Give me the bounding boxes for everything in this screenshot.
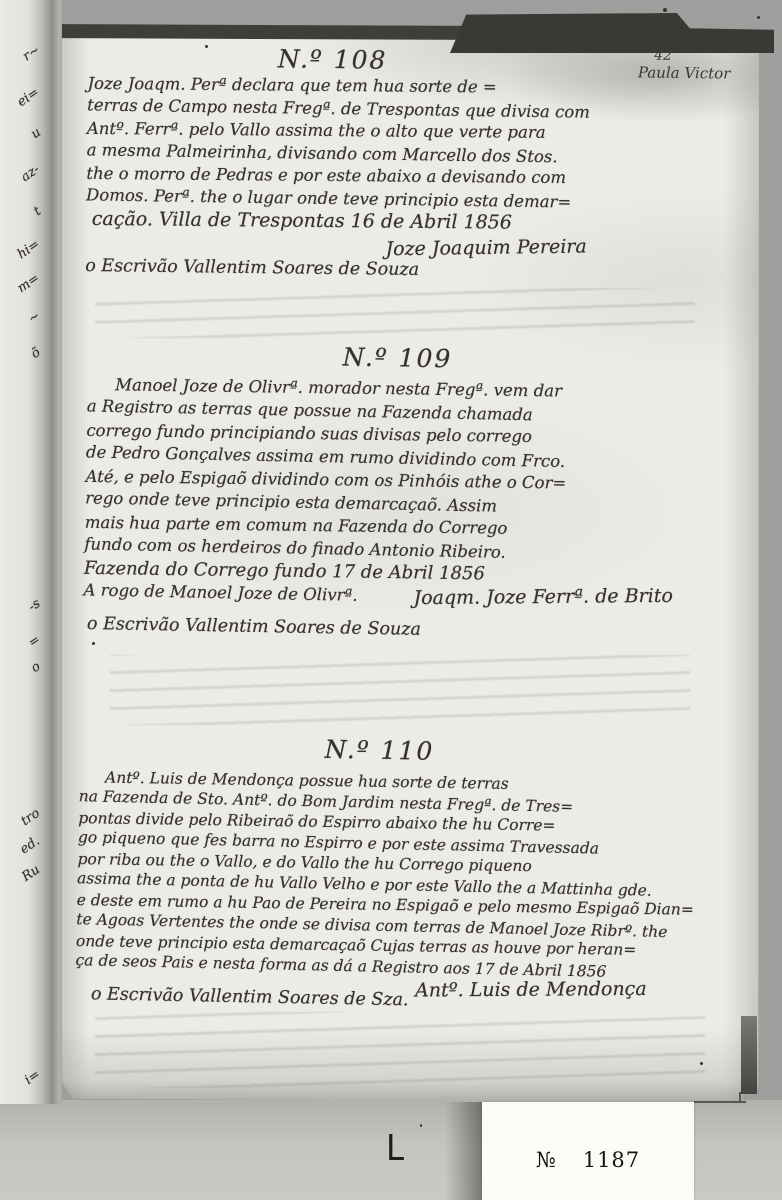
clerk-signature-line: o Escrivão Vallentim Soares de Souza (85, 256, 419, 280)
entry-number-heading: N.º 109 (342, 342, 452, 373)
page-corner-edge (739, 1092, 741, 1103)
entry-body: Joze Joaqm. Perª declara que tem hua sor… (86, 72, 591, 236)
facing-page-text-fragment: tro (18, 806, 42, 829)
handwritten-line: cação. Villa de Trespontas 16 de Abril 1… (92, 208, 589, 235)
dust-speck (757, 16, 760, 19)
ink-bleedthrough (95, 1012, 705, 1088)
dust-speck (420, 1124, 422, 1127)
facing-page-text-fragment: ~ (26, 308, 43, 327)
declarant-signature: Antº. Luis de Mendonça (415, 978, 647, 1002)
entry-number-heading: N.º 108 (278, 44, 388, 74)
facing-page-text-fragment: ei= (15, 85, 42, 110)
facing-page-text-fragment: = (26, 632, 43, 651)
dust-speck (663, 8, 667, 12)
facing-page-text-fragment: Ru (19, 862, 42, 885)
annotation-text: Paula Victor (638, 63, 731, 82)
ink-bleedthrough (110, 655, 690, 725)
page-top-shadow-band (62, 24, 474, 40)
dust-speck (92, 642, 95, 645)
scanned-page-photo: r~ei=uaz-thi=m=~õ-s=otroed.Rui= N.º 108 … (0, 0, 782, 1200)
facing-page-text-fragment: -s (26, 596, 44, 615)
margin-annotation: 42 Paula Victor (638, 47, 731, 82)
entry-body: Manoel Joze de Olivrª. morador nesta Fre… (83, 372, 568, 610)
facing-page-text-fragment: az- (18, 162, 42, 185)
facing-page-text-fragment: t (31, 204, 44, 219)
facing-page-text-fragment: õ (29, 345, 44, 362)
dark-edge-strip (741, 1016, 757, 1094)
label-text: №1187 (482, 1148, 694, 1172)
numero-symbol: № (536, 1148, 557, 1172)
corner-registration-mark: L (386, 1128, 404, 1169)
entry-number-heading: N.º 110 (324, 735, 434, 766)
facing-page-text-fragment: u (28, 125, 43, 142)
facing-page-text-fragment: o (29, 659, 44, 676)
page-number-annotation: 42 (654, 48, 731, 65)
archival-number-label: №1187 (482, 1102, 694, 1200)
dust-speck (205, 45, 208, 48)
facing-page-text-fragment: m= (15, 271, 43, 296)
facing-page-text-fragment: hi= (14, 237, 42, 263)
facing-page-text-fragment: ed. (17, 834, 42, 858)
facing-page-text-fragment: r~ (20, 42, 43, 64)
facing-page-text-fragment: i= (22, 1067, 43, 1088)
entry-body: Antº. Luis de Mendonça possue hua sorte … (75, 766, 696, 983)
witness-signature: Joaqm. Joze Ferrª. de Brito (413, 585, 672, 609)
dust-speck (700, 1062, 703, 1065)
book-gutter: r~ei=uaz-thi=m=~õ-s=otroed.Rui= (0, 0, 62, 1104)
declarant-signature: Joze Joaquim Pereira (385, 235, 587, 260)
ink-bleedthrough (95, 288, 695, 338)
label-shadow (445, 1102, 482, 1200)
label-number: 1187 (583, 1148, 640, 1172)
